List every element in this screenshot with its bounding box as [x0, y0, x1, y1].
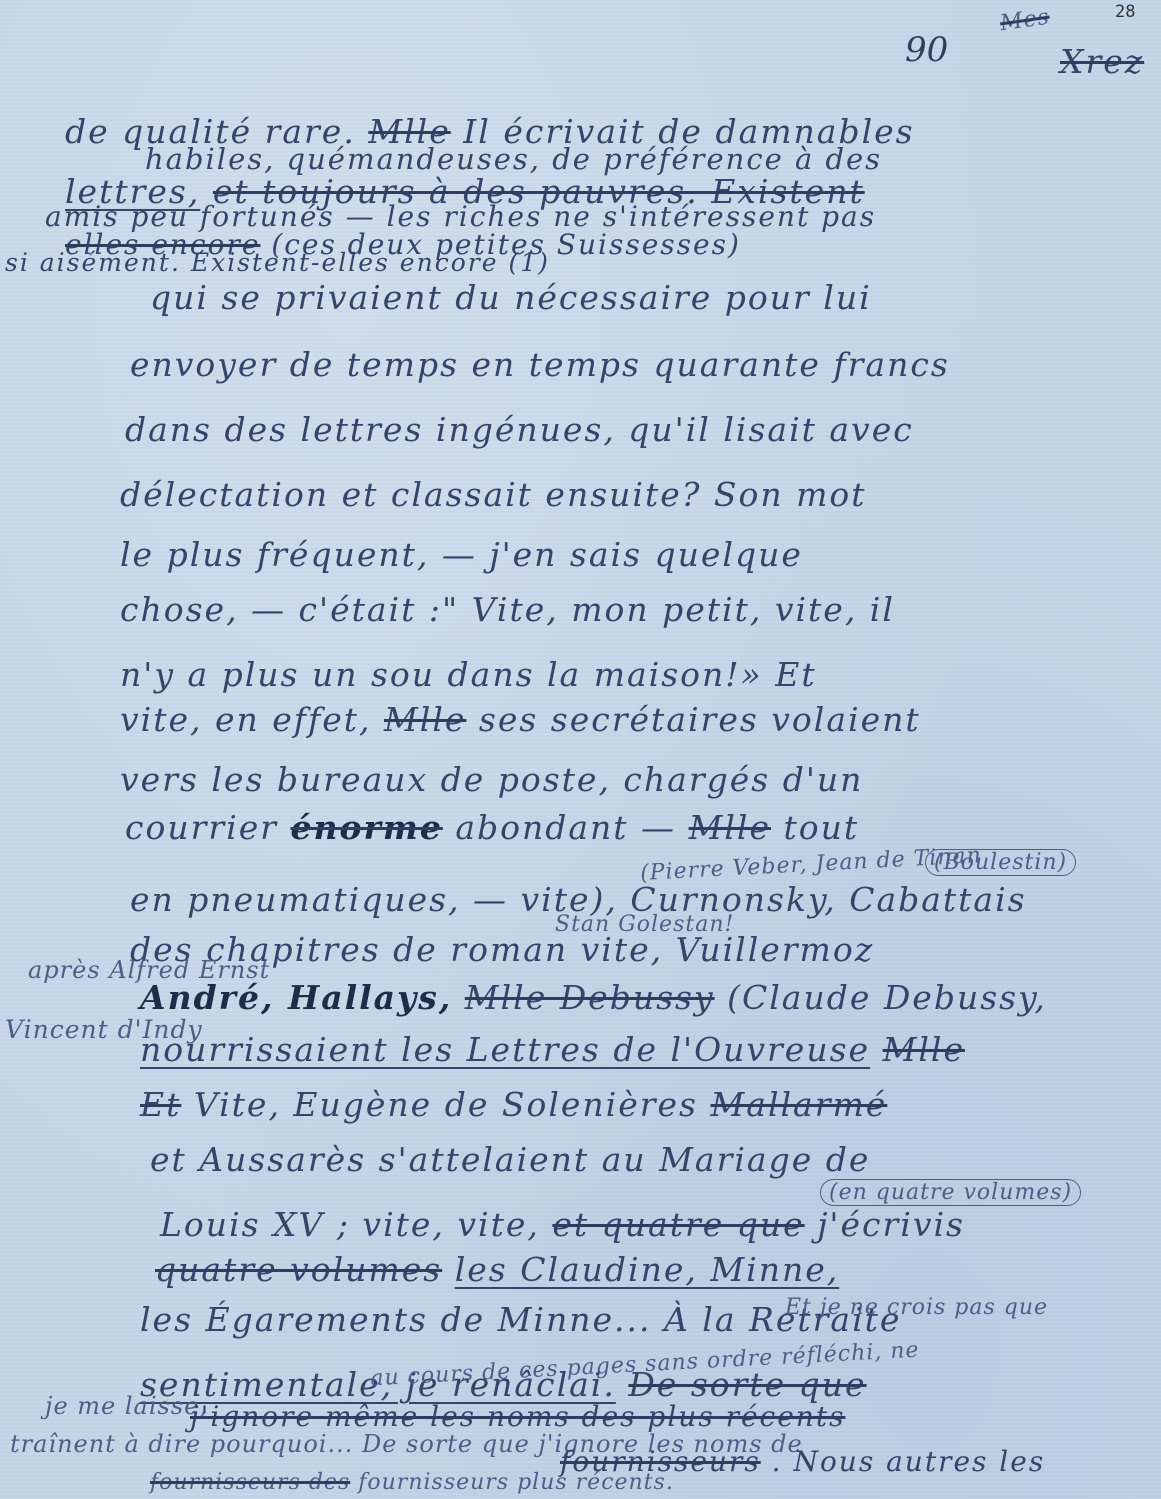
crossed-page-number: Xrez: [1060, 42, 1144, 81]
manuscript-line: Et Vite, Eugène de Solenières Mallarmé: [140, 1085, 887, 1124]
struck-text: énorme: [291, 808, 443, 847]
line-text: (Claude Debussy,: [727, 978, 1047, 1017]
struck-text: Mallarmé: [710, 1085, 887, 1124]
line-text: André, Hallays,: [140, 978, 452, 1017]
manuscript-line: le plus fréquent, — j'en sais quelque: [120, 535, 803, 574]
circled-insertion: (en quatre volumes): [820, 1180, 1081, 1205]
manuscript-line: n'y a plus un sou dans la maison!» Et: [120, 655, 817, 694]
circled-insertion: (Boulestin): [925, 850, 1076, 875]
struck-text: Mlle: [384, 700, 466, 739]
struck-text: j'ignore même les noms des plus récents: [190, 1400, 845, 1433]
margin-insertion: je me laisse,: [45, 1392, 208, 1420]
line-text: vite, en effet,: [120, 700, 371, 739]
manuscript-insertion: Stan Golestan!: [555, 912, 734, 937]
line-text: Louis XV ; vite, vite,: [160, 1205, 540, 1244]
manuscript-line: quatre volumes les Claudine, Minne,: [155, 1250, 839, 1289]
line-text: courrier: [125, 808, 278, 847]
manuscript-insertion: habiles, quémandeuses, de préférence à d…: [145, 142, 882, 176]
manuscript-line: Louis XV ; vite, vite, et quatre que j'é…: [160, 1205, 965, 1244]
struck-text: et quatre que: [552, 1205, 804, 1244]
manuscript-line: André, Hallays, Mlle Debussy (Claude Deb…: [140, 978, 1047, 1017]
line-text: ses secrétaires volaient: [479, 700, 921, 739]
manuscript-line: délectation et classait ensuite? Son mot: [120, 475, 867, 514]
line-text: abondant —: [455, 808, 676, 847]
manuscript-line: vite, en effet, Mlle ses secrétaires vol…: [120, 700, 921, 739]
folio-number: 28: [1115, 2, 1135, 22]
struck-text: Mlle Debussy: [465, 978, 715, 1017]
line-text: nourrissaient les Lettres de l'Ouvreuse: [140, 1030, 870, 1069]
struck-text: quatre volumes: [155, 1250, 442, 1289]
manuscript-page: 28 Mes 90 Xrez de qualité rare. Mlle Il …: [0, 0, 1161, 1499]
manuscript-line: chose, — c'était :" Vite, mon petit, vit…: [120, 590, 895, 629]
manuscript-line: vers les bureaux de poste, chargés d'un: [120, 760, 863, 799]
struck-text: Mlle: [883, 1030, 965, 1069]
manuscript-line: dans des lettres ingénues, qu'il lisait …: [125, 410, 914, 449]
margin-insertion: si aisément. Existent-elles encore (1): [5, 248, 550, 277]
line-text: Vite, Eugène de Solenières: [194, 1085, 698, 1124]
struck-text: Et: [140, 1085, 181, 1124]
line-text: . Nous autres les: [772, 1445, 1046, 1478]
line-text: les Claudine, Minne,: [455, 1250, 840, 1289]
struck-text: Mlle: [689, 808, 771, 847]
manuscript-line: fournisseurs des fournisseurs plus récen…: [150, 1470, 674, 1495]
manuscript-line: et Aussarès s'attelaient au Mariage de: [150, 1140, 870, 1179]
manuscript-line: nourrissaient les Lettres de l'Ouvreuse …: [140, 1030, 965, 1069]
line-text: fournisseurs plus récents.: [358, 1470, 674, 1495]
line-text: (en quatre volumes): [820, 1179, 1081, 1206]
manuscript-line: j'ignore même les noms des plus récents: [190, 1400, 845, 1433]
line-text: (Boulestin): [925, 849, 1076, 876]
manuscript-line: envoyer de temps en temps quarante franc…: [130, 345, 950, 384]
manuscript-insertion: Et je ne crois pas que: [785, 1295, 1048, 1320]
crossed-annotation-top: Mes: [999, 5, 1052, 37]
manuscript-line: qui se privaient du nécessaire pour lui: [150, 278, 872, 317]
line-text: tout: [784, 808, 860, 847]
line-text: j'écrivis: [817, 1205, 965, 1244]
manuscript-line: courrier énorme abondant — Mlle tout: [125, 808, 859, 847]
page-number: 90: [905, 30, 948, 70]
struck-text: fournisseurs des: [150, 1470, 350, 1495]
